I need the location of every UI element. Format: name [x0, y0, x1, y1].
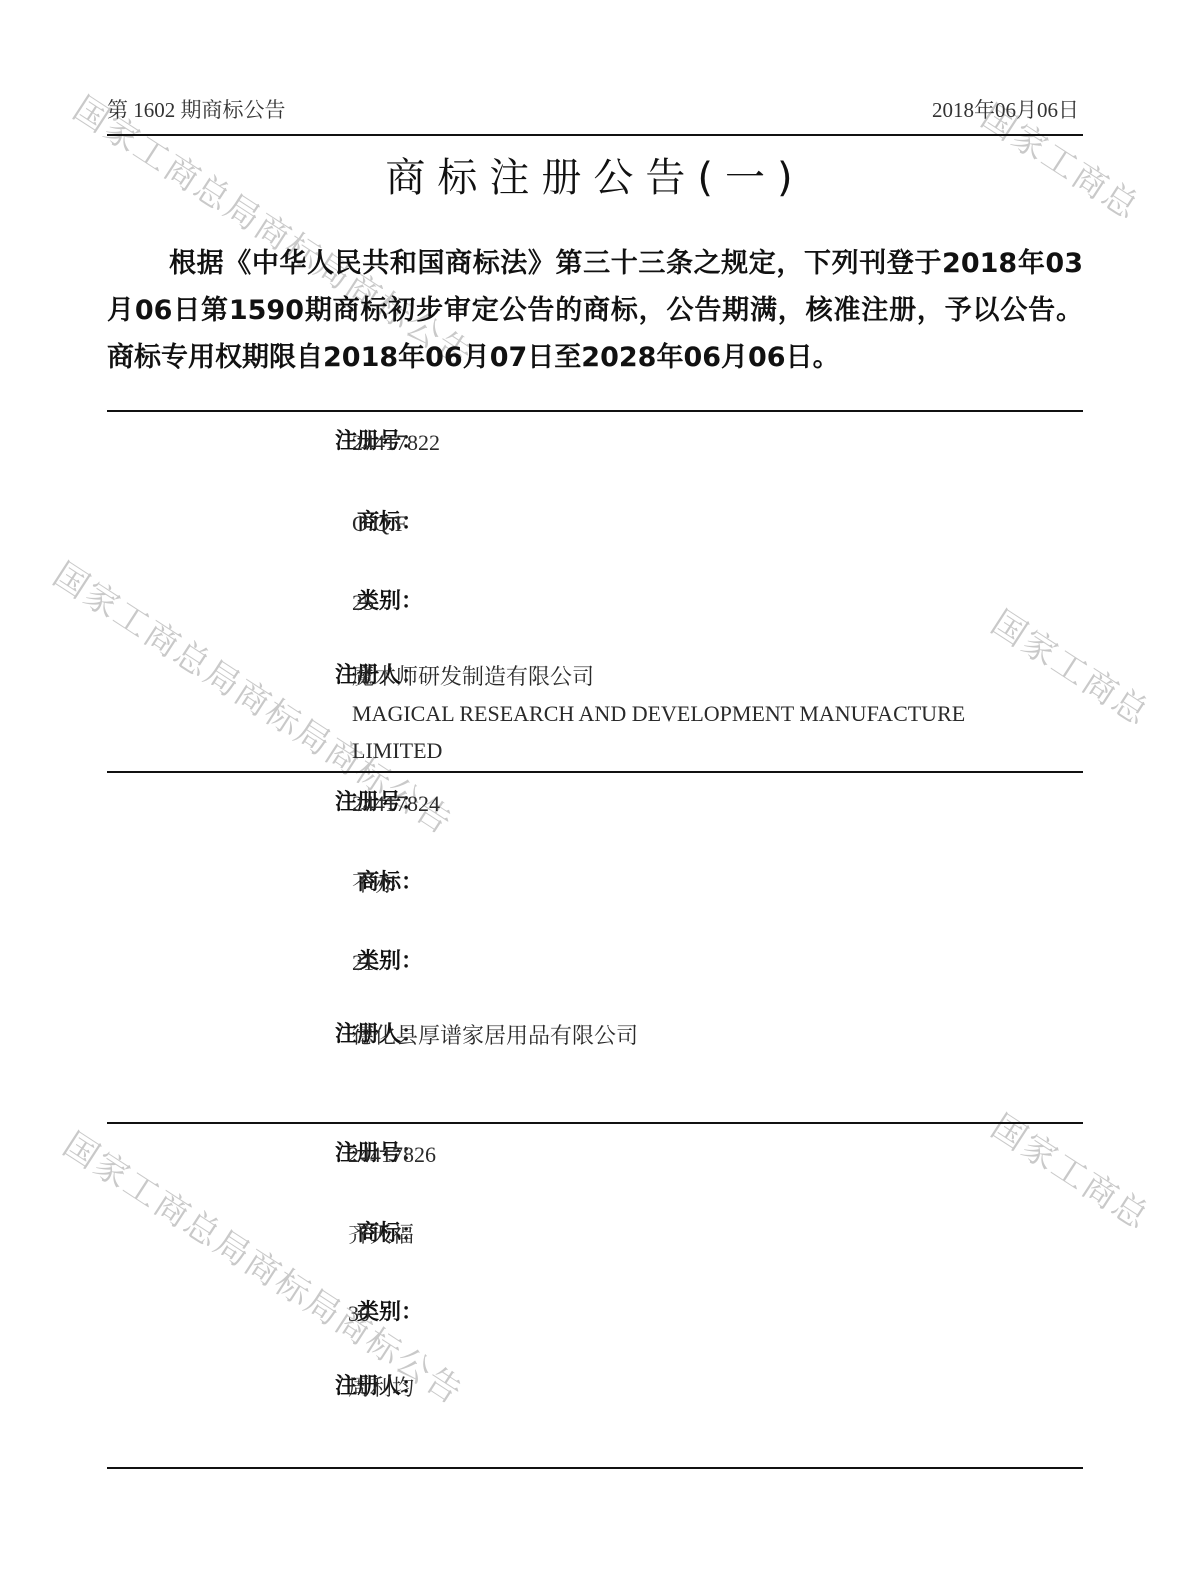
registrant-value: 周利均: [348, 1369, 1068, 1406]
record-divider: [107, 1122, 1083, 1124]
class-value: 30: [348, 1295, 1068, 1332]
intro-paragraph: 根据《中华人民共和国商标法》第三十三条之规定，下列刊登于2018年03月06日第…: [107, 240, 1083, 381]
record-divider: [107, 771, 1083, 773]
publication-date: 2018年06月06日: [932, 94, 1079, 124]
registrant-value: 德化县厚谱家居用品有限公司: [352, 1017, 1072, 1054]
record-divider: [107, 1467, 1083, 1469]
registrant-line: 德化县厚谱家居用品有限公司: [352, 1017, 1072, 1054]
registrant-line: 周利均: [348, 1369, 1068, 1406]
registrant-line: LIMITED: [352, 732, 1072, 769]
registrant-line: 魔术师研发制造有限公司: [352, 658, 1072, 695]
mark-value: 不亦: [352, 865, 1072, 902]
reg-no-value: 24417826: [348, 1136, 1068, 1173]
class-value: 25: [352, 584, 1072, 621]
registrant-value: 魔术师研发制造有限公司 MAGICAL RESEARCH AND DEVELOP…: [352, 658, 1072, 769]
mark-value: 齐天福: [348, 1216, 1068, 1253]
issue-number: 第 1602 期商标公告: [107, 94, 286, 124]
reg-no-value: 24417822: [352, 424, 1072, 461]
reg-no-value: 24417824: [352, 785, 1072, 822]
running-head: 第 1602 期商标公告 2018年06月06日: [107, 94, 1079, 126]
page-title: 商标注册公告(一): [0, 146, 1190, 203]
header-divider: [107, 134, 1083, 136]
record-divider: [107, 410, 1083, 412]
gazette-page: 国家工商总局商标局商标公告 国家工商总局商标局商标公告 国家工商总局商标局商标公…: [0, 0, 1190, 1574]
mark-value: O.Q.F: [352, 505, 1072, 542]
class-value: 21: [352, 944, 1072, 981]
registrant-line: MAGICAL RESEARCH AND DEVELOPMENT MANUFAC…: [352, 695, 1072, 732]
